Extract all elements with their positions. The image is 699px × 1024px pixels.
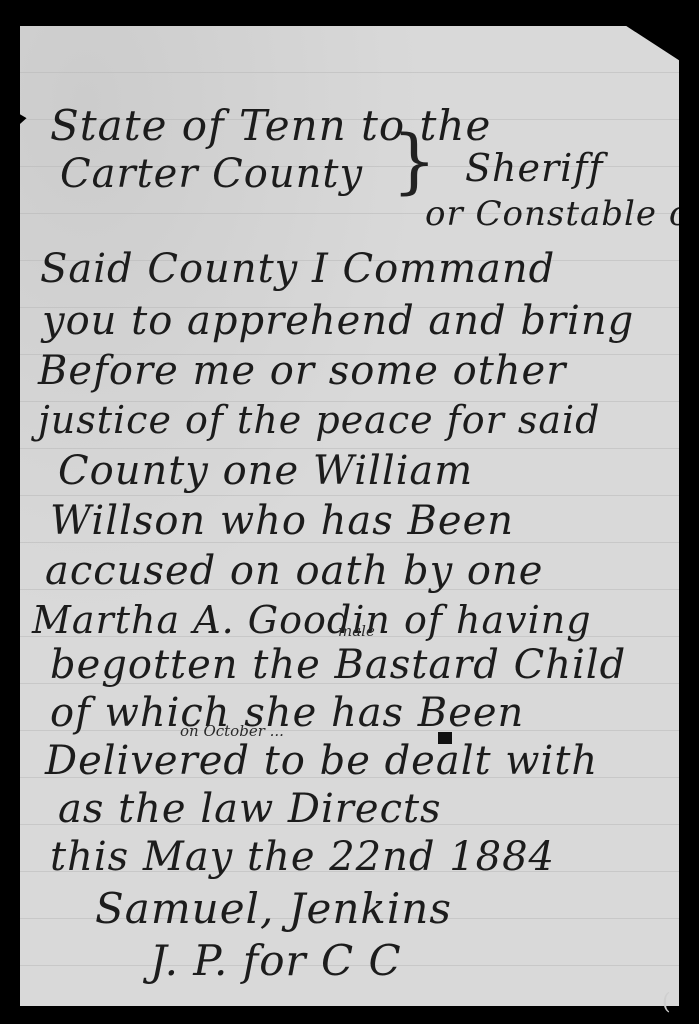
- body-line-12: as the law Directs: [58, 786, 442, 832]
- body-line-6: Willson who has Been: [50, 498, 514, 544]
- signature-title: J. P. for C C: [150, 936, 402, 985]
- body-line-7: accused on oath by one: [45, 548, 543, 594]
- body-line-3: Before me or some other: [38, 348, 566, 394]
- brace-symbol: }: [392, 126, 437, 196]
- body-line-2: you to apprehend and bring: [42, 298, 634, 344]
- edge-mark: (: [662, 990, 671, 1015]
- body-line-11: Delivered to be dealt with: [45, 738, 598, 784]
- date-line: this May the 22nd 1884: [50, 834, 555, 880]
- body-line-10: of which she has Been: [50, 690, 524, 736]
- signature-name: Samuel, Jenkins: [95, 884, 452, 933]
- body-line-9: begotten the Bastard Child: [50, 642, 626, 688]
- heading-line-sheriff: Sheriff: [465, 146, 603, 190]
- heading-line-county: Carter County: [60, 151, 363, 197]
- body-line-8: Martha A. Goodin of having: [32, 598, 592, 642]
- document-page: State of Tenn to the Carter County } She…: [20, 26, 679, 1006]
- body-line-4: justice of the peace for said: [38, 398, 601, 442]
- interlineation-male: male: [338, 622, 375, 640]
- heading-line-constable: or Constable of: [425, 194, 699, 234]
- body-line-5: County one William: [58, 448, 473, 494]
- body-line-1: Said County I Command: [40, 246, 555, 292]
